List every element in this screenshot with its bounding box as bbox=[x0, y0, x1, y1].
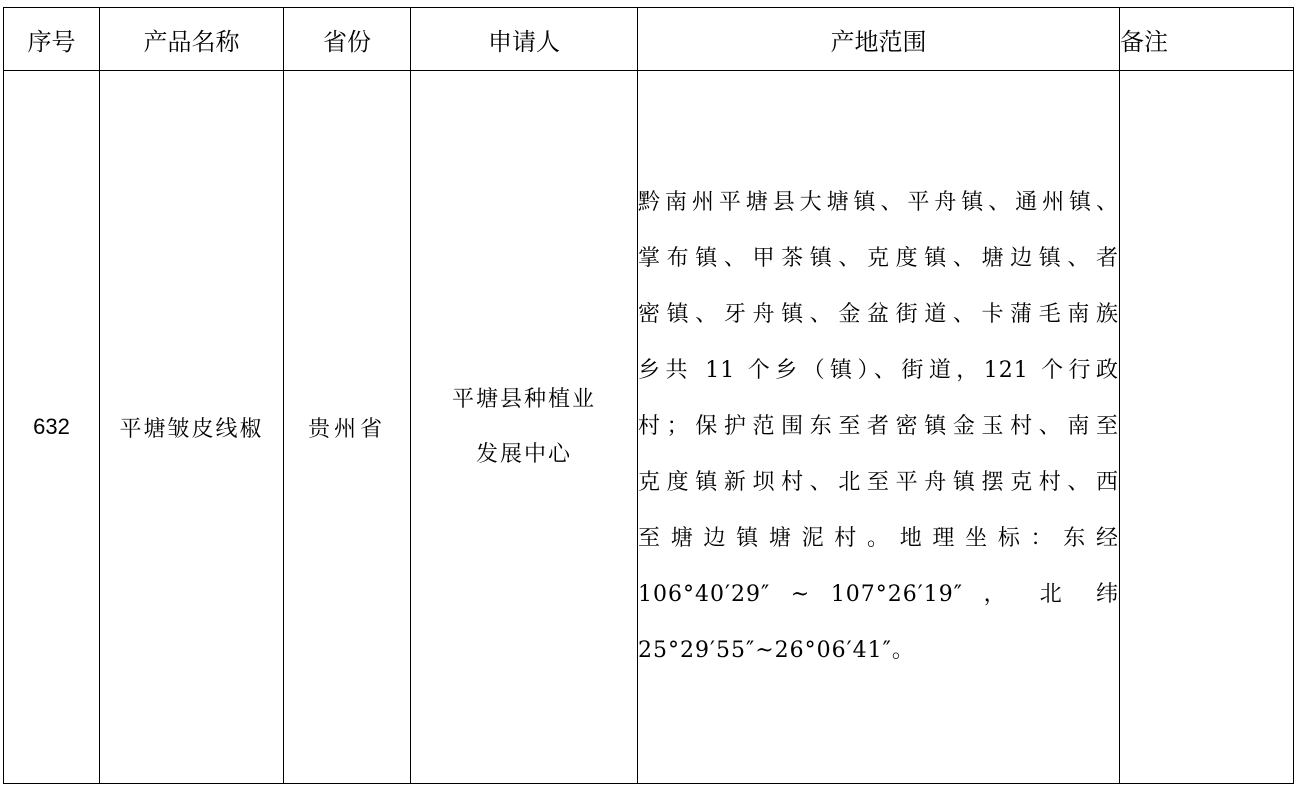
table-row: 632 平塘皱皮线椒 贵州省 平塘县种植业 发展中心 黔南州平塘县大塘镇、平舟镇… bbox=[4, 71, 1294, 784]
applicant-line: 发展中心 bbox=[411, 427, 637, 482]
origin-range-line: 25°29′55″~26°06′41″。 bbox=[638, 623, 1119, 679]
origin-range-line: 村；保护范围东至者密镇金玉村、南至 bbox=[638, 399, 1119, 455]
header-applicant: 申请人 bbox=[411, 8, 638, 71]
header-origin-range: 产地范围 bbox=[638, 8, 1120, 71]
origin-range-line: 密镇、牙舟镇、金盆街道、卡蒲毛南族 bbox=[638, 287, 1119, 343]
cell-province: 贵州省 bbox=[284, 71, 411, 784]
header-remarks: 备注 bbox=[1120, 8, 1294, 71]
header-index: 序号 bbox=[4, 8, 100, 71]
header-province: 省份 bbox=[284, 8, 411, 71]
header-product-name: 产品名称 bbox=[100, 8, 284, 71]
cell-product-name: 平塘皱皮线椒 bbox=[100, 71, 284, 784]
origin-range-line: 至塘边镇塘泥村。地理坐标：东经 bbox=[638, 511, 1119, 567]
origin-range-line: 乡共 11 个乡（镇）、街道，121 个行政 bbox=[638, 343, 1119, 399]
origin-range-line: 掌布镇、甲茶镇、克度镇、塘边镇、者 bbox=[638, 231, 1119, 287]
origin-range-line: 黔南州平塘县大塘镇、平舟镇、通州镇、 bbox=[638, 175, 1119, 231]
geographic-indication-table: 序号 产品名称 省份 申请人 产地范围 备注 632 平塘皱皮线椒 贵州省 平塘… bbox=[3, 7, 1294, 784]
cell-remarks bbox=[1120, 71, 1294, 784]
header-row: 序号 产品名称 省份 申请人 产地范围 备注 bbox=[4, 8, 1294, 71]
cell-applicant: 平塘县种植业 发展中心 bbox=[411, 71, 638, 784]
origin-range-line: 克度镇新坝村、北至平舟镇摆克村、西 bbox=[638, 455, 1119, 511]
cell-origin-range: 黔南州平塘县大塘镇、平舟镇、通州镇、 掌布镇、甲茶镇、克度镇、塘边镇、者 密镇、… bbox=[638, 71, 1120, 784]
origin-range-line: 106°40′29″ ~ 107°26′19″ ， 北 纬 bbox=[638, 567, 1119, 623]
origin-range-text: 黔南州平塘县大塘镇、平舟镇、通州镇、 掌布镇、甲茶镇、克度镇、塘边镇、者 密镇、… bbox=[638, 175, 1119, 679]
applicant-line: 平塘县种植业 bbox=[411, 372, 637, 427]
cell-index: 632 bbox=[4, 71, 100, 784]
